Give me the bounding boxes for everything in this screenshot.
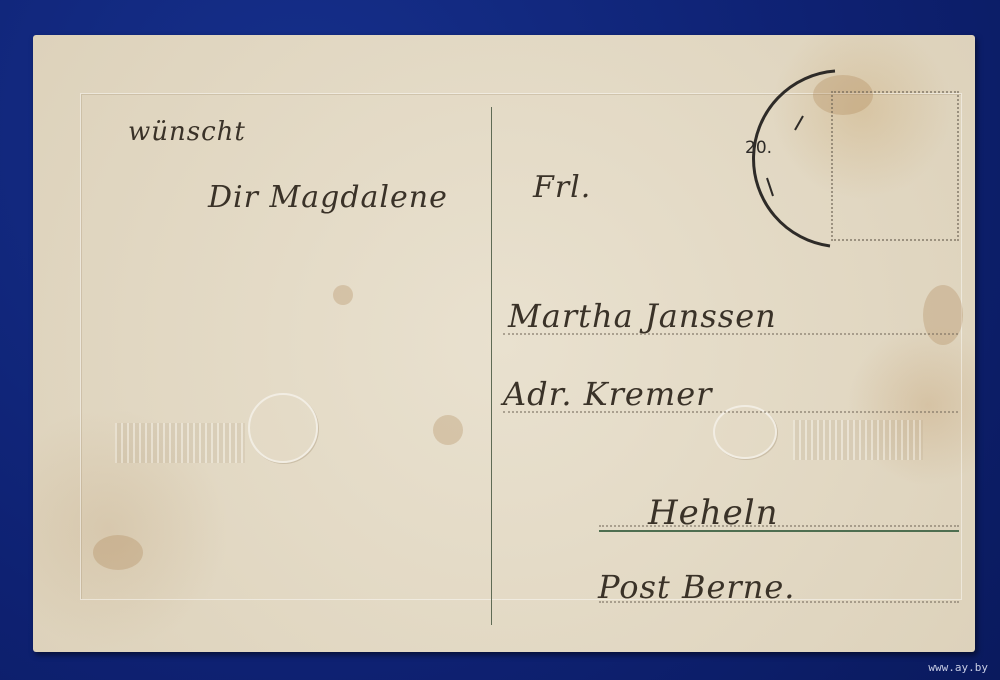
embossed-ornament-left bbox=[115, 423, 245, 463]
address-line-3 bbox=[599, 525, 959, 527]
address-name: Martha Janssen bbox=[508, 297, 777, 335]
postcard: wünscht Dir Magdalene Frl. Martha Jansse… bbox=[33, 35, 975, 652]
address-line-4 bbox=[599, 601, 959, 603]
address-line-1 bbox=[503, 333, 958, 335]
message-line-1: wünscht bbox=[128, 117, 246, 147]
address-salutation: Frl. bbox=[533, 170, 591, 205]
address-town: Heheln bbox=[648, 493, 779, 533]
center-divider-line bbox=[491, 107, 492, 625]
address-line-2 bbox=[503, 411, 958, 413]
stain bbox=[923, 285, 963, 345]
town-underline bbox=[599, 530, 959, 532]
embossed-swirl-left bbox=[248, 393, 318, 463]
embossed-ornament-right bbox=[793, 420, 923, 460]
stain bbox=[433, 415, 463, 445]
message-line-2: Dir Magdalene bbox=[208, 180, 448, 215]
postmark-icon bbox=[725, 68, 945, 248]
stain bbox=[93, 535, 143, 570]
address-care-of: Adr. Kremer bbox=[503, 375, 712, 413]
embossed-swirl-right bbox=[713, 405, 777, 459]
watermark: www.ay.by bbox=[928, 661, 988, 674]
stain bbox=[333, 285, 353, 305]
postmark-date: 20. bbox=[745, 138, 772, 158]
